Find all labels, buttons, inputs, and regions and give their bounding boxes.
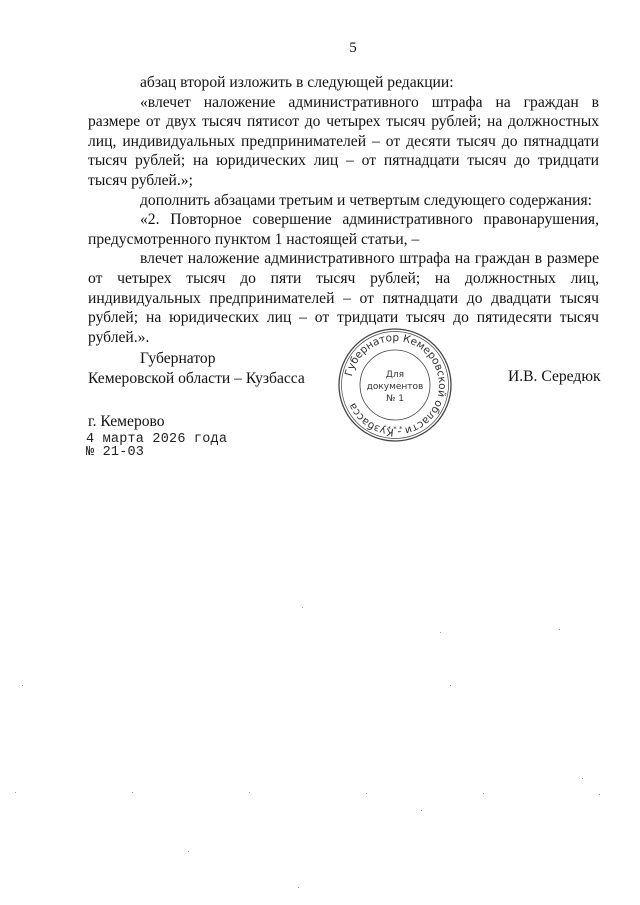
- scan-speck: [132, 792, 133, 793]
- page-number: 5: [346, 40, 360, 57]
- signatory-name: И.В. Середюк: [508, 368, 601, 386]
- scan-speck: [450, 685, 451, 686]
- signatory-title-line-1: Губернатор: [88, 349, 308, 369]
- registration-number: № 21-03: [86, 445, 144, 460]
- scan-speck: [599, 794, 600, 795]
- stamp-center-line-3: № 1: [386, 394, 404, 404]
- scan-speck: [559, 629, 560, 630]
- paragraph-instruction-1: абзац второй изложить в следующей редакц…: [88, 73, 599, 93]
- paragraph-clause-2: «2. Повторное совершение административно…: [88, 210, 599, 249]
- signatory-title: Губернатор Кемеровской области – Кузбасс…: [88, 349, 308, 389]
- scan-speck: [298, 887, 299, 888]
- scan-speck: [15, 792, 16, 793]
- official-stamp: Губернатор Кемеровской области - Кузбасс…: [337, 327, 453, 443]
- scan-speck: [243, 163, 244, 164]
- scan-speck: [249, 792, 250, 793]
- scan-speck: [421, 810, 422, 811]
- place-of-signing: г. Кемерово: [88, 413, 165, 431]
- stamp-center-line-2: документов: [367, 382, 424, 392]
- paragraph-instruction-2: дополнить абзацами третьим и четвертым с…: [88, 191, 599, 211]
- stamp-seal-icon: Губернатор Кемеровской области - Кузбасс…: [337, 327, 453, 443]
- scan-speck: [483, 793, 484, 794]
- paragraph-amended-text-1: «влечет наложение административного штра…: [88, 93, 599, 191]
- scan-speck: [582, 778, 583, 779]
- document-body: абзац второй изложить в следующей редакц…: [88, 73, 599, 347]
- signatory-title-line-2: Кемеровской области – Кузбасса: [88, 369, 308, 389]
- stamp-stars: * * *: [388, 425, 403, 433]
- scan-speck: [188, 851, 189, 852]
- scan-speck: [22, 685, 23, 686]
- scan-speck: [366, 793, 367, 794]
- stamp-center-line-1: Для: [386, 370, 404, 380]
- scan-speck: [440, 632, 441, 633]
- scan-speck: [302, 607, 303, 608]
